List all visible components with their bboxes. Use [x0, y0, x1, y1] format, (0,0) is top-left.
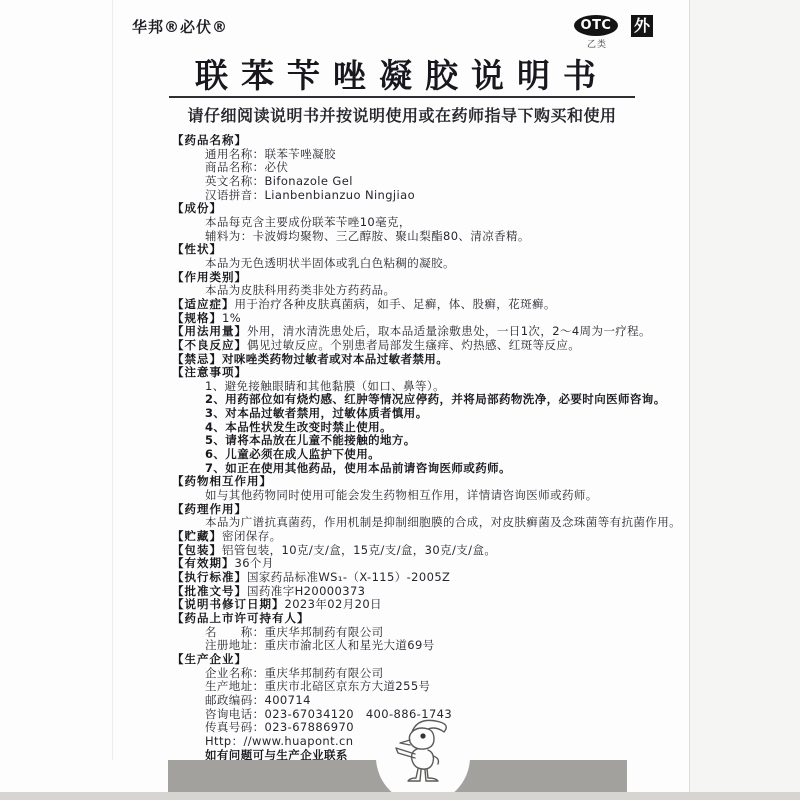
otc-badge-group: OTC 乙类: [574, 15, 620, 50]
precaution-item-3: 3、对本品过敏者禁用，过敏体质者慎用。: [172, 407, 692, 421]
precaution-item-7: 7、如正在使用其他药品，使用本品前请咨询医师或药师。: [172, 462, 692, 476]
section-pharmacology: 【药理作用】: [172, 503, 692, 517]
section-strength: 【规格】1%: [172, 312, 692, 326]
section-shelf-life: 【有效期】36个月: [172, 557, 692, 571]
line-postal-code: 邮政编码：400714: [172, 694, 692, 708]
line-description: 本品为无色透明状半固体或乳白色粘稠的凝胶。: [172, 257, 692, 271]
line-english-name: 英文名称：Bifonazole Gel: [172, 175, 692, 189]
external-use-badge: 外: [631, 15, 653, 37]
background-surface: [690, 0, 800, 793]
leaflet-page: 华邦®必伏® OTC 乙类 外 联苯苄唑凝胶说明书 请仔细阅读说明书并按说明使用…: [0, 0, 800, 800]
otc-class-label: 乙类: [574, 37, 620, 50]
precaution-item-6: 6、儿童必须在成人监护下使用。: [172, 448, 692, 462]
section-license-holder: 【药品上市许可持有人】: [172, 612, 692, 626]
section-drug-interactions: 【药物相互作用】: [172, 475, 692, 489]
title-divider: [169, 96, 635, 98]
section-standard: 【执行标准】国家药品标准WS₁-（X-115）-2005Z: [172, 571, 692, 585]
line-holder-address: 注册地址：重庆市渝北区人和星光大道69号: [172, 639, 692, 653]
section-packaging: 【包装】铝管包装，10克/支/盒，15克/支/盒，30克/支/盒。: [172, 544, 692, 558]
mascot-icon: [384, 712, 460, 792]
leaflet-body: 【药品名称】 通用名称：联苯苄唑凝胶 商品名称：必伏 英文名称：Bifonazo…: [172, 134, 692, 762]
section-manufacturer: 【生产企业】: [172, 653, 692, 667]
paper-crease-line: [112, 0, 113, 760]
line-holder-name: 名 称：重庆华邦制药有限公司: [172, 626, 692, 640]
precaution-item-5: 5、请将本品放在儿童不能接触的地方。: [172, 434, 692, 448]
brand-text: 华邦®必伏®: [132, 16, 228, 37]
precaution-item-2: 2、用药部位如有烧灼感、红肿等情况应停药，并将局部药物洗净，必要时向医师咨询。: [172, 393, 692, 407]
line-generic-name: 通用名称：联苯苄唑凝胶: [172, 148, 692, 162]
precaution-item-1: 1、避免接触眼睛和其他黏膜（如口、鼻等）。: [172, 380, 692, 394]
line-manufacturer-name: 企业名称：重庆华邦制药有限公司: [172, 667, 692, 681]
section-ingredients: 【成份】: [172, 202, 692, 216]
section-description: 【性状】: [172, 243, 692, 257]
section-adverse-reactions: 【不良反应】偶见过敏反应。个别患者局部发生瘙痒、灼热感、红斑等反应。: [172, 339, 692, 353]
line-pharmacology: 本品为广谱抗真菌药，作用机制是抑制细胞膜的合成，对皮肤癣菌及念珠菌等有抗菌作用。: [172, 516, 692, 530]
precaution-item-4: 4、本品性状发生改变时禁止使用。: [172, 421, 692, 435]
otc-badge: OTC: [574, 15, 618, 36]
section-storage: 【贮藏】密闭保存。: [172, 530, 692, 544]
line-ingredient-main: 本品每克含主要成份联苯苄唑10毫克，: [172, 216, 692, 230]
line-manufacturer-address: 生产地址：重庆市北碚区京东方大道255号: [172, 680, 692, 694]
advisory-subtitle: 请仔细阅读说明书并按说明使用或在药师指导下购买和使用: [168, 103, 636, 126]
section-indications: 【适应症】用于治疗各种皮肤真菌病，如手、足癣，体、股癣，花斑癣。: [172, 298, 692, 312]
section-drug-name: 【药品名称】: [172, 134, 692, 148]
line-ingredient-excipients: 辅料为：卡波姆均聚物、三乙醇胺、聚山梨酯80、清凉香精。: [172, 230, 692, 244]
line-drug-interactions: 如与其他药物同时使用可能会发生药物相互作用，详情请咨询医师或药师。: [172, 489, 692, 503]
bottom-background-strip: [0, 792, 800, 800]
document-title: 联苯苄唑凝胶说明书: [168, 50, 636, 97]
section-dosage: 【用法用量】外用，清水清洗患处后，取本品适量涂敷患处，一日1次，2～4周为一疗程…: [172, 325, 692, 339]
line-trade-name: 商品名称：必伏: [172, 161, 692, 175]
section-action-category: 【作用类别】: [172, 271, 692, 285]
line-pinyin-name: 汉语拼音：Lianbenbianzuo Ningjiao: [172, 189, 692, 203]
section-revision-date: 【说明书修订日期】2023年02月20日: [172, 598, 692, 612]
section-approval-number: 【批准文号】国药准字H20000373: [172, 585, 692, 599]
section-contraindications: 【禁忌】对咪唑类药物过敏者或对本品过敏者禁用。: [172, 353, 692, 367]
line-action-category: 本品为皮肤科用药类非处方药药品。: [172, 284, 692, 298]
section-precautions: 【注意事项】: [172, 366, 692, 380]
